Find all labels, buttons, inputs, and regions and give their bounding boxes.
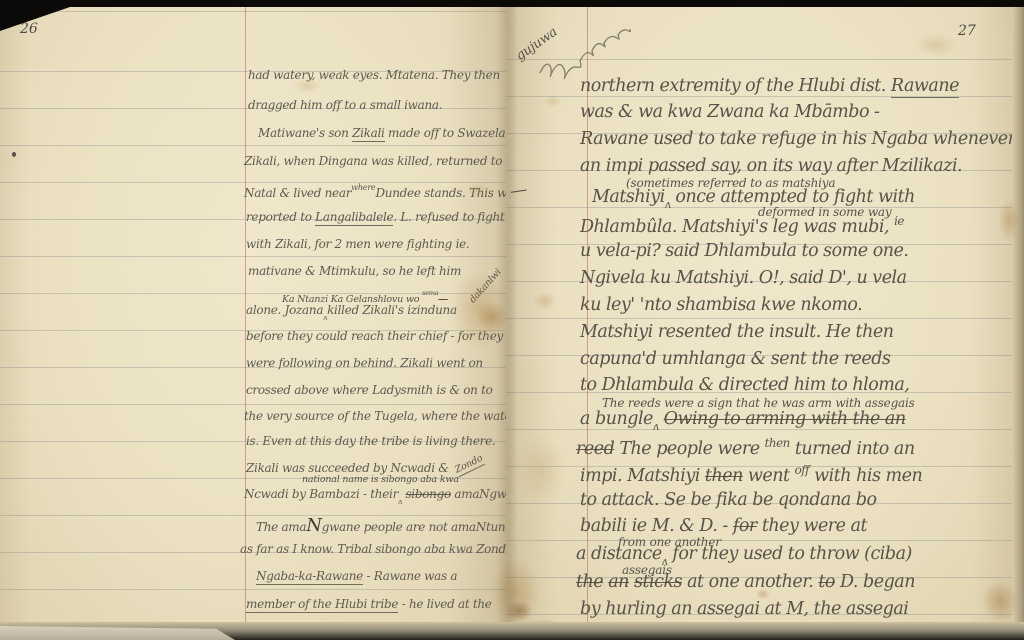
handwritten-line: had watery, weak eyes. Mtatena. They the… (248, 69, 500, 82)
handwritten-line: Zikali, when Dingana was killed, returne… (244, 155, 502, 168)
handwritten-line: Ngivela ku Matshiyi. O!, said D', u vela (580, 269, 907, 288)
handwritten-line: Rawane used to take refuge in his Ngaba … (580, 130, 1016, 149)
handwritten-line: reported to Langalibalele. L. refused to… (246, 211, 504, 224)
page-27: 27 gujuwa—northern extremity of the Hlub… (506, 7, 1012, 622)
handwritten-line: is. Even at this day the tribe is living… (246, 435, 495, 448)
handwritten-line: u vela-pi? said Dhlambula to some one. (580, 242, 908, 261)
handwritten-line: ku ley' 'nto shambisa kwe nkomo. (580, 296, 862, 315)
handwritten-line: member of the Hlubi tribe - he lived at … (246, 598, 492, 611)
handwritten-line: with Zikali, for 2 men were fighting ie. (246, 238, 469, 251)
handwritten-line: was & wa kwa Zwana ka Mbāmbo - (580, 103, 879, 122)
handwritten-line: an impi passed say, on its way after Mzi… (580, 157, 962, 176)
page-edge-right (1012, 7, 1024, 622)
handwritten-line: by hurling an assegai at M, the assegai (580, 600, 908, 619)
handwritten-line: Natal & lived nearwhereDundee stands. Th… (244, 183, 520, 200)
handwritten-line: Matshiyi resented the insult. He then (580, 323, 893, 342)
handwritten-line: The amaNgwane people are not amaNtungwa (256, 516, 530, 536)
handwritten-line: Ncwadi by Bambazi - theirʌ sibongo amaNg… (244, 488, 528, 506)
handwritten-line: northern extremity of the Hlubi dist. Ra… (580, 77, 959, 96)
photo-edge-top (0, 0, 1024, 7)
handwritten-line: dragged him off to a small iwana. (248, 99, 442, 112)
binding-gutter (496, 7, 518, 622)
handwritten-line: capuna'd umhlanga & sent the reeds (580, 350, 890, 369)
handwritten-line: Dhlambûla. Matshiyi's leg was mubi, ie (580, 215, 904, 237)
handwritten-line: crossed above where Ladysmith is & on to (246, 384, 493, 397)
handwritten-line: before they could reach their chief - fo… (246, 330, 503, 343)
handwritten-line: impi. Matshiyi then went off with his me… (580, 464, 922, 486)
ink-dot (12, 152, 16, 157)
handwritten-line: to Dhlambula & directed him to hloma, (580, 376, 909, 395)
handwritten-line: alone. Jozanaʌkilled Zikali's izinduna (246, 304, 457, 322)
page-number: 27 (958, 23, 976, 39)
handwritten-line: the an sticks at one another. to D. bega… (576, 573, 915, 592)
interlinear-insertion: national name is sibongo aba kwa (302, 475, 459, 485)
handwritten-line: a bungleʌ Owing to arming with the an (580, 410, 906, 433)
handwritten-line: as far as I know. Tribal sibongo aba kwa… (240, 543, 516, 556)
notebook-photo: 26 had watery, weak eyes. Mtatena. They … (0, 0, 1024, 640)
handwritten-line: mativane & Mtimkulu, so he left him (248, 265, 461, 278)
handwritten-line: the very source of the Tugela, where the… (244, 410, 535, 423)
handwritten-line: babili ie M. & D. - for they were at (580, 517, 867, 536)
handwritten-line: Matiwane's son Zikali made off to Swazel… (258, 127, 524, 140)
handwritten-line: reed The people were then turned into an (576, 437, 915, 459)
page-number: 26 (20, 21, 38, 37)
handwritten-line: to attack. Se be fika be qondana bo (580, 491, 877, 510)
handwritten-line: Ngaba-ka-Rawane - Rawane was a (256, 570, 457, 583)
page-26: 26 had watery, weak eyes. Mtatena. They … (0, 7, 506, 622)
handwritten-line: were following on behind. Zikali went on (246, 357, 483, 370)
